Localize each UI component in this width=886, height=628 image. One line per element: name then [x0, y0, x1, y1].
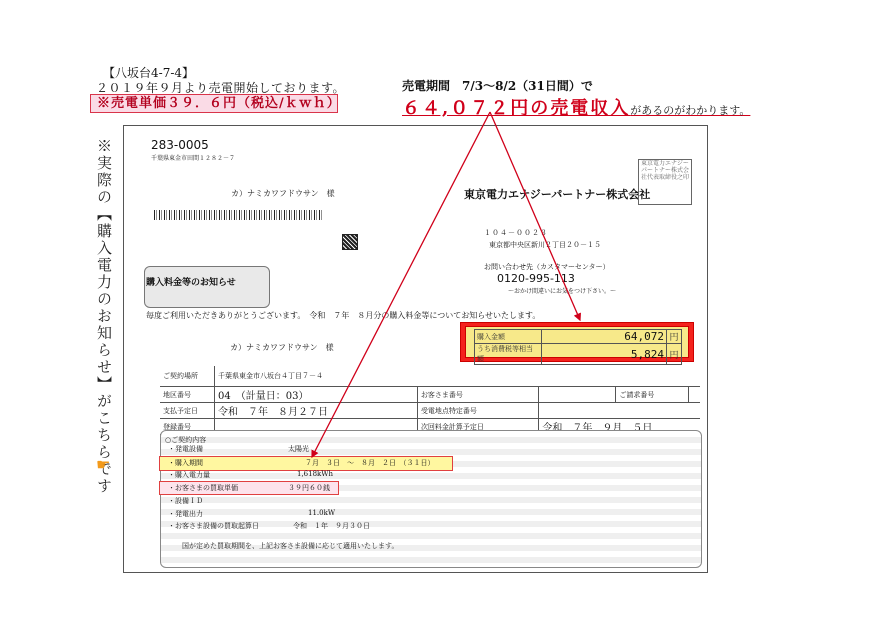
arrow-to-period: [312, 112, 490, 457]
arrow-to-amount: [490, 112, 580, 320]
annotation-arrows: [0, 0, 886, 628]
